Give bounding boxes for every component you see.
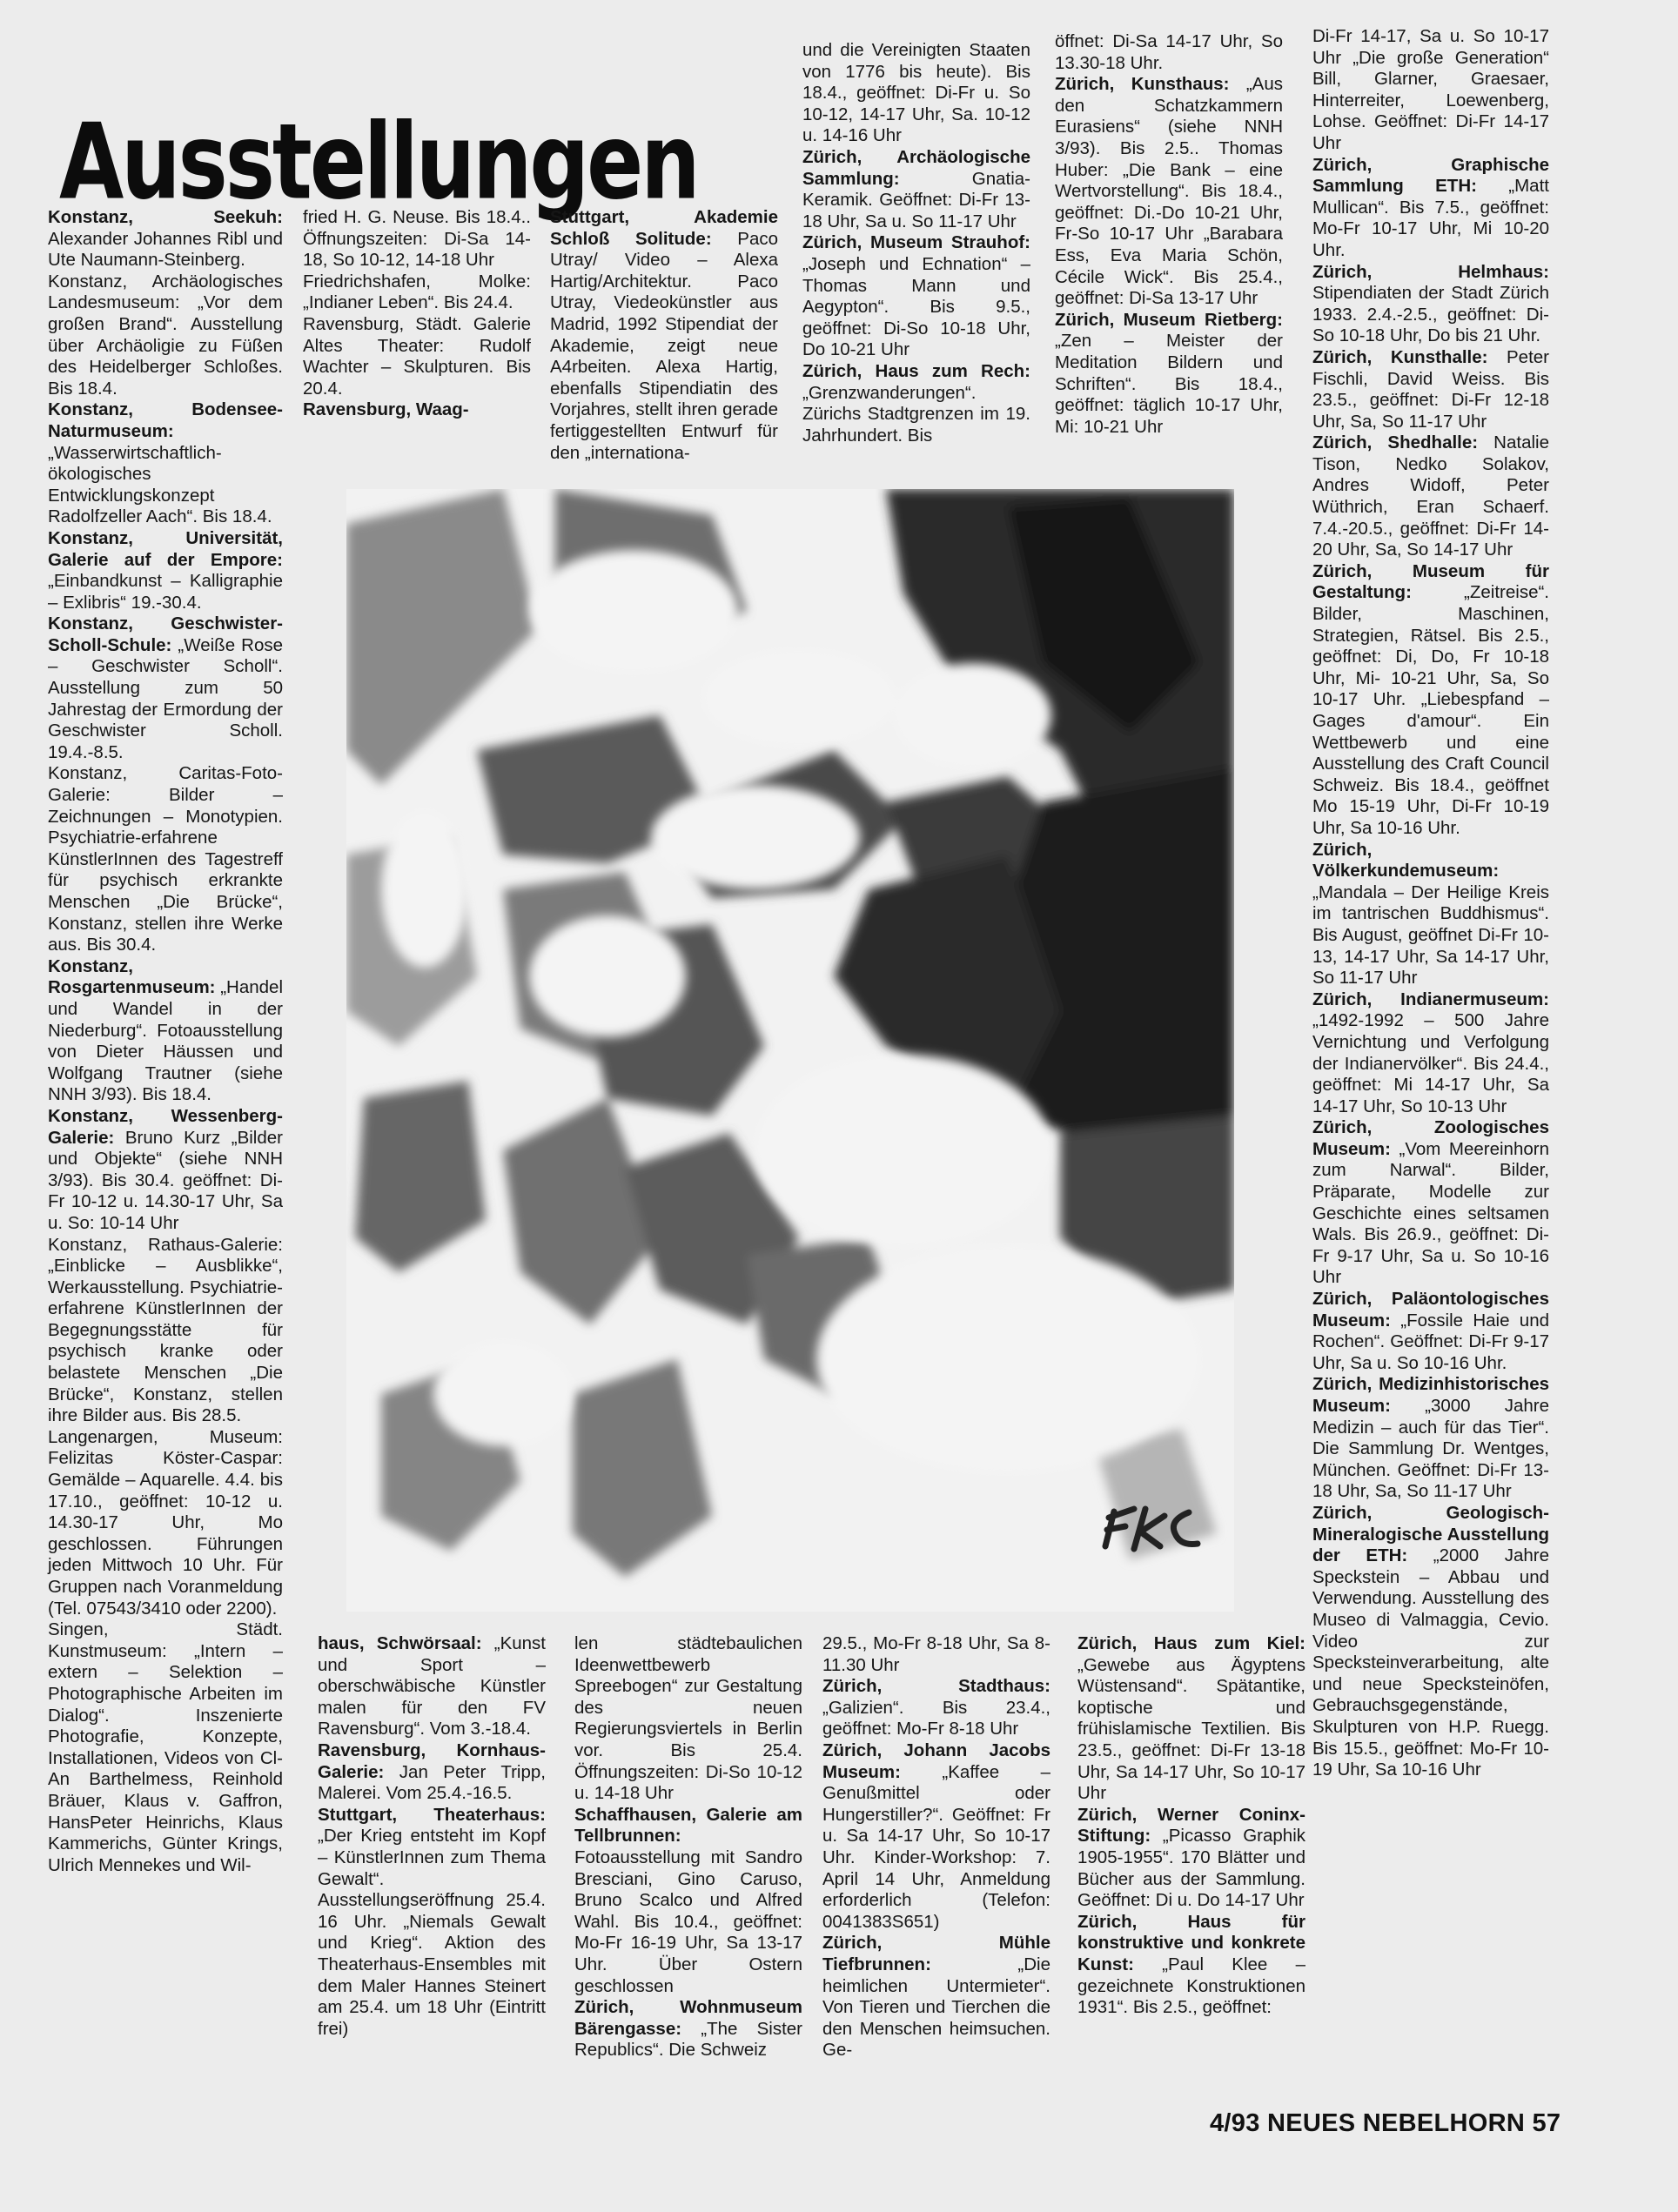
listing-venue: Zürich, Museum Strauhof: <box>802 232 1030 252</box>
listing-entry: Zürich, Museum für Gestaltung: „Zeitreis… <box>1312 561 1549 840</box>
listing-venue: Konstanz, Seekuh: <box>48 207 283 227</box>
listing-details: Paco Utray/ Video – Alexa Hartig/Archite… <box>550 229 778 463</box>
listing-entry: Zürich, Helmhaus: Stipendiaten der Stadt… <box>1312 262 1549 347</box>
listing-entry: Ravensburg, Städt. Galerie Altes Theater… <box>303 314 531 399</box>
listing-venue: haus, Schwörsaal: <box>318 1633 482 1653</box>
listing-entry: Zürich, Zoologisches Museum: „Vom Meerei… <box>1312 1117 1549 1289</box>
page-footer: 4/93 NEUES NEBELHORN 57 <box>1210 2109 1561 2138</box>
listing-entry: Konstanz, Rosgartenmuseum: „Handel und W… <box>48 956 283 1106</box>
column-4-top: und die Vereinigten Staaten von 1776 bis… <box>802 40 1030 446</box>
listing-entry: Zürich, Wohnmuseum Bärengasse: „The Sist… <box>574 1997 802 2061</box>
listing-entry: Singen, Städt. Kunstmuseum: „Intern – ex… <box>48 1619 283 1876</box>
listing-venue: Zürich, Kunsthaus: <box>1055 74 1229 94</box>
listing-details: „1492-1992 – 500 Jahre Vernichtung und V… <box>1312 1010 1549 1116</box>
listing-entry: Zürich, Haus für konstruktive und konkre… <box>1077 1912 1305 2019</box>
listing-details: „Der Krieg entsteht im Kopf – KünstlerIn… <box>318 1826 546 2038</box>
column-5-top: öffnet: Di-Sa 14-17 Uhr, So 13.30-18 Uhr… <box>1055 31 1283 438</box>
listing-details: Alexander Johannes Ribl und Ute Naumann-… <box>48 229 283 271</box>
listing-entry: Ravensburg, Waag- <box>303 399 531 421</box>
listing-entry: Zürich, Johann Jacobs Museum: „Kaffee – … <box>822 1740 1050 1933</box>
listing-entry: Zürich, Kunsthalle: Peter Fischli, David… <box>1312 347 1549 432</box>
column-2-top: fried H. G. Neuse. Bis 18.4.. Öffnungsze… <box>303 207 531 421</box>
listing-entry: Zürich, Haus zum Rech: „Grenzwanderungen… <box>802 361 1030 446</box>
column-3-bottom: len städtebaulichen Ideenwettbewerb Spre… <box>574 1633 802 2061</box>
listing-venue: Zürich, Völkerkundemuseum: <box>1312 840 1499 881</box>
listing-details: Konstanz, Rathaus-Galerie: „Einblicke – … <box>48 1235 283 1426</box>
listing-venue: Zürich, Helmhaus: <box>1312 262 1549 282</box>
listing-details: „Aus den Schatzkammern Eurasiens“ (siehe… <box>1055 74 1283 308</box>
listing-details: und die Vereinigten Staaten von 1776 bis… <box>802 40 1030 145</box>
listing-details: Di-Fr 14-17, Sa u. So 10-17 Uhr „Die gro… <box>1312 26 1549 153</box>
listing-details: „2000 Jahre Speckstein – Abbau und Verwe… <box>1312 1545 1549 1780</box>
listing-details: Konstanz, Archäologisches Landesmuseum: … <box>48 271 283 399</box>
listing-entry: Konstanz, Wessenberg-Galerie: Bruno Kurz… <box>48 1106 283 1235</box>
listing-venue: Zürich, Kunsthalle: <box>1312 347 1487 367</box>
listing-venue: Konstanz, Bodensee-Naturmuseum: <box>48 399 283 441</box>
listing-entry: öffnet: Di-Sa 14-17 Uhr, So 13.30-18 Uhr… <box>1055 31 1283 74</box>
listing-entry: Zürich, Graphische Sammlung ETH: „Matt M… <box>1312 155 1549 262</box>
listing-venue: Zürich, Shedhalle: <box>1312 432 1478 452</box>
listing-entry: Zürich, Völkerkundemuseum: „Mandala – De… <box>1312 840 1549 989</box>
listing-details: „Vom Meereinhorn zum Narwal“. Bilder, Pr… <box>1312 1139 1549 1288</box>
listing-details: „Wasserwirtschaftlich-ökologisches Entwi… <box>48 443 272 527</box>
listing-venue: Ravensburg, Waag- <box>303 399 469 419</box>
listing-venue: Zürich, Stadthaus: <box>822 1676 1050 1696</box>
listing-entry: Zürich, Stadthaus: „Galizien“. Bis 23.4.… <box>822 1676 1050 1740</box>
listing-details: „Zeitreise“. Bilder, Maschinen, Strategi… <box>1312 582 1549 838</box>
listing-entry: Zürich, Archäologische Sammlung: Gnatia-… <box>802 147 1030 232</box>
listing-entry: Langenargen, Museum: Felizitas Köster-Ca… <box>48 1427 283 1619</box>
column-2-bottom: haus, Schwörsaal: „Kunst und Sport – obe… <box>318 1633 546 2040</box>
listing-details: 29.5., Mo-Fr 8-18 Uhr, Sa 8-11.30 Uhr <box>822 1633 1050 1675</box>
listing-venue: Konstanz, Rosgartenmuseum: <box>48 956 216 998</box>
listing-entry: Zürich, Museum Strauhof: „Joseph und Ech… <box>802 232 1030 361</box>
listing-venue: Zürich, Haus zum Rech: <box>802 361 1030 381</box>
listing-entry: Zürich, Haus zum Kiel: „Gewebe aus Ägypt… <box>1077 1633 1305 1805</box>
listing-details: „Galizien“. Bis 23.4., geöffnet: Mo-Fr 8… <box>822 1698 1050 1739</box>
column-5-bottom: Zürich, Haus zum Kiel: „Gewebe aus Ägypt… <box>1077 1633 1305 2019</box>
listing-entry: Zürich, Kunsthaus: „Aus den Schatzkammer… <box>1055 74 1283 310</box>
listing-entry: len städtebaulichen Ideenwettbewerb Spre… <box>574 1633 802 1805</box>
listing-details: „Einbandkunst – Kalligraphie – Exlibris“… <box>48 571 283 613</box>
listing-venue: Zürich, Museum Rietberg: <box>1055 310 1283 330</box>
painting-image <box>346 489 1234 1612</box>
listing-details: Langenargen, Museum: Felizitas Köster-Ca… <box>48 1427 283 1619</box>
listing-entry: Zürich, Mühle Tiefbrunnen: „Die heimlich… <box>822 1933 1050 2061</box>
listing-details: öffnet: Di-Sa 14-17 Uhr, So 13.30-18 Uhr… <box>1055 31 1283 73</box>
listing-entry: Konstanz, Rathaus-Galerie: „Einblicke – … <box>48 1235 283 1427</box>
column-3-top: Stuttgart, Akademie Schloß Solitude: Pac… <box>550 207 778 464</box>
listing-details: len städtebaulichen Ideenwettbewerb Spre… <box>574 1633 802 1803</box>
listing-details: „Kaffee – Genußmittel oder Hungerstiller… <box>822 1762 1050 1932</box>
listing-entry: Zürich, Paläontologisches Museum: „Fossi… <box>1312 1289 1549 1374</box>
listing-details: Ravensburg, Städt. Galerie Altes Theater… <box>303 314 531 399</box>
listing-entry: Ravensburg, Kornhaus-Galerie: Jan Peter … <box>318 1740 546 1805</box>
listing-entry: haus, Schwörsaal: „Kunst und Sport – obe… <box>318 1633 546 1740</box>
listing-entry: und die Vereinigten Staaten von 1776 bis… <box>802 40 1030 147</box>
listing-venue: Zürich, Indianermuseum: <box>1312 989 1549 1009</box>
illustration-watercolor <box>346 489 1234 1612</box>
listing-details: Konstanz, Caritas-Foto-Galerie: Bilder –… <box>48 763 283 955</box>
listing-entry: Schaffhausen, Galerie am Tellbrunnen: Fo… <box>574 1805 802 1997</box>
listing-entry: 29.5., Mo-Fr 8-18 Uhr, Sa 8-11.30 Uhr <box>822 1633 1050 1676</box>
listing-entry: Zürich, Medizinhistorisches Museum: „300… <box>1312 1374 1549 1503</box>
listing-entry: fried H. G. Neuse. Bis 18.4.. Öffnungsze… <box>303 207 531 271</box>
listing-entry: Konstanz, Caritas-Foto-Galerie: Bilder –… <box>48 763 283 955</box>
listing-entry: Zürich, Geologisch-Mineralogische Ausste… <box>1312 1503 1549 1781</box>
column-6: Di-Fr 14-17, Sa u. So 10-17 Uhr „Die gro… <box>1312 26 1549 1781</box>
listing-details: Friedrichshafen, Molke: „Indianer Leben“… <box>303 271 531 313</box>
listing-entry: Konstanz, Geschwister-Scholl-Schule: „We… <box>48 613 283 763</box>
listing-entry: Konstanz, Seekuh: Alexander Johannes Rib… <box>48 207 283 271</box>
listing-details: Fotoausstellung mit Sandro Bresciani, Gi… <box>574 1847 802 1996</box>
listing-details: „Joseph und Echnation“ – Thomas Mann und… <box>802 254 1030 359</box>
listing-entry: Di-Fr 14-17, Sa u. So 10-17 Uhr „Die gro… <box>1312 26 1549 155</box>
listing-details: Stipendiaten der Stadt Zürich 1933. 2.4.… <box>1312 283 1549 345</box>
listing-details: „Mandala – Der Heilige Kreis im tantrisc… <box>1312 882 1549 988</box>
listing-details: „Gewebe aus Ägyptens Wüstensand“. Spätan… <box>1077 1655 1305 1804</box>
listing-entry: Konstanz, Universität, Galerie auf der E… <box>48 528 283 613</box>
listing-entry: Zürich, Museum Rietberg: „Zen – Meister … <box>1055 310 1283 439</box>
listing-venue: Stuttgart, Theaterhaus: <box>318 1805 546 1825</box>
listing-entry: Stuttgart, Theaterhaus: „Der Krieg entst… <box>318 1805 546 2041</box>
listing-entry: Zürich, Indianermuseum: „1492-1992 – 500… <box>1312 989 1549 1118</box>
listing-venue: Schaffhausen, Galerie am Tellbrunnen: <box>574 1805 802 1847</box>
listing-details: fried H. G. Neuse. Bis 18.4.. Öffnungsze… <box>303 207 531 270</box>
listing-entry: Konstanz, Bodensee-Naturmuseum: „Wasserw… <box>48 399 283 528</box>
listing-venue: Zürich, Haus zum Kiel: <box>1077 1633 1305 1653</box>
listing-entry: Konstanz, Archäologisches Landesmuseum: … <box>48 271 283 400</box>
listing-entry: Zürich, Werner Coninx-Stiftung: „Picasso… <box>1077 1805 1305 1912</box>
listing-entry: Zürich, Shedhalle: Natalie Tison, Nedko … <box>1312 432 1549 561</box>
listing-entry: Stuttgart, Akademie Schloß Solitude: Pac… <box>550 207 778 464</box>
column-4-bottom: 29.5., Mo-Fr 8-18 Uhr, Sa 8-11.30 UhrZür… <box>822 1633 1050 2061</box>
listing-venue: Konstanz, Universität, Galerie auf der E… <box>48 528 283 570</box>
listing-details: „Grenzwanderungen“. Zürichs Stadtgrenzen… <box>802 383 1030 446</box>
listing-entry: Friedrichshafen, Molke: „Indianer Leben“… <box>303 271 531 314</box>
column-1: Konstanz, Seekuh: Alexander Johannes Rib… <box>48 207 283 1876</box>
listing-details: Singen, Städt. Kunstmuseum: „Intern – ex… <box>48 1619 283 1875</box>
listing-details: „Zen – Meister der Meditation Bildern un… <box>1055 331 1283 436</box>
page-title: Ausstellungen <box>59 110 698 214</box>
